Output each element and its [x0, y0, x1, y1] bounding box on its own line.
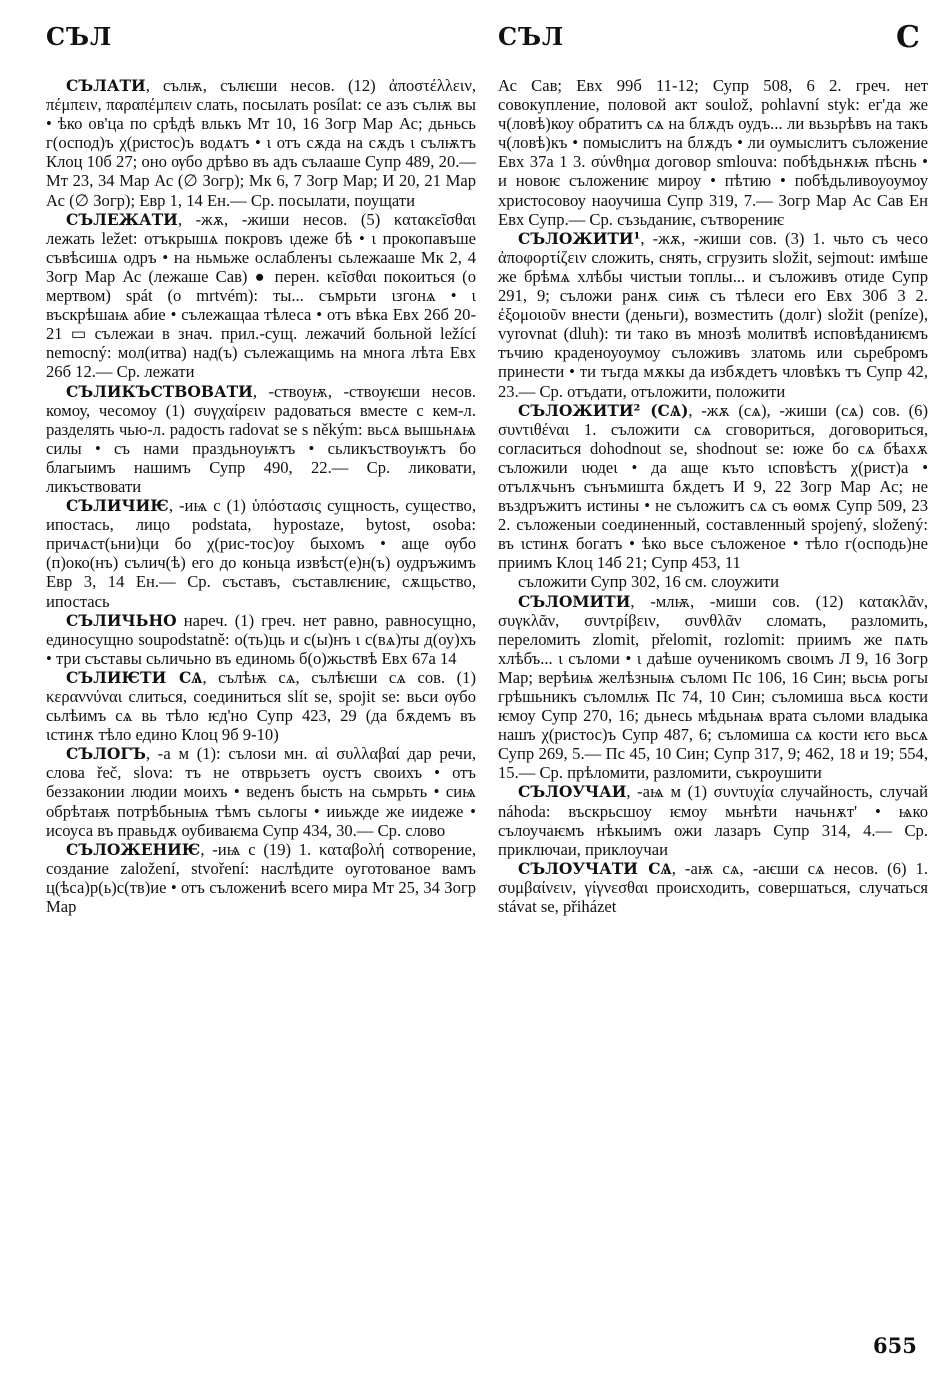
entry-headword: СЪЛОУЧАИ [518, 782, 626, 801]
left-column: СЪЛАТИ, сълѭ, сълѥши несов. (12) ἀποστέλ… [46, 76, 476, 916]
entry-headword: СЪЛЕЖАТИ [66, 210, 178, 229]
dictionary-entry: СЪЛОГЪ, -а м (1): сълоѕи мн. αἱ συλλαβαί… [46, 744, 476, 839]
entry-headword: СЪЛОЖЕНИѤ [66, 840, 200, 859]
right-column: Ас Сав; Евх 99б 11-12; Супр 508, 6 2. гр… [498, 76, 928, 916]
entry-body: , -млѭ, -миши сов. (12) κατακλᾶν, συγκλᾶ… [498, 592, 928, 783]
dictionary-entry: СЪЛЕЖАТИ, -жѫ, -жиши несов. (5) κατακεῖσ… [46, 210, 476, 382]
dictionary-entry: СЪЛОМИТИ, -млѭ, -миши сов. (12) κατακλᾶν… [498, 592, 928, 783]
entry-headword: СЪЛИКЪСТВОВАТИ [66, 382, 253, 401]
dictionary-entry: СЪЛИѤТИ СѦ, сълѣѭ сѧ, сълѣѥши сѧ сов. (1… [46, 668, 476, 744]
dictionary-entry-continuation: Ас Сав; Евх 99б 11-12; Супр 508, 6 2. гр… [498, 76, 928, 229]
dictionary-entry: СЪЛИЧИѤ, -иѩ с (1) ὑπόστασις сущность, с… [46, 496, 476, 611]
entry-headword: СЪЛОУЧАТИ СѦ [518, 859, 672, 878]
entry-headword: СЪЛИѤТИ СѦ [66, 668, 203, 687]
entry-body: Ас Сав; Евх 99б 11-12; Супр 508, 6 2. гр… [498, 76, 928, 229]
running-header: СЪЛ СЪЛ С [0, 22, 950, 62]
entry-body: , -жѫ, -жиши сов. (3) 1. чьто съ чесо ἀπ… [498, 229, 928, 401]
section-letter: С [896, 20, 920, 55]
entry-headword: СЪЛОЖИТИ¹ [518, 229, 640, 248]
entry-headword: СЪЛОЖИТИ² (СѦ) [518, 401, 688, 420]
dictionary-entry: СЪЛОУЧАТИ СѦ, -аѭ сѧ, -аѥши сѧ несов. (6… [498, 859, 928, 916]
left-guide-word: СЪЛ [46, 22, 112, 51]
entry-body: , сълѭ, сълѥши несов. (12) ἀποστέλλειν, … [46, 76, 476, 210]
dictionary-entry: СЪЛИКЪСТВОВАТИ, -ствоуѭ, -ствоуѥши несов… [46, 382, 476, 497]
entry-body: , -жѫ, -жиши несов. (5) κατακεῖσθαι лежа… [46, 210, 476, 382]
page-number: 655 [873, 1333, 917, 1358]
entry-headword: СЪЛАТИ [66, 76, 146, 95]
center-guide-word: СЪЛ [498, 22, 564, 51]
entry-headword: СЪЛОМИТИ [518, 592, 630, 611]
dictionary-entry: СЪЛАТИ, сълѭ, сълѥши несов. (12) ἀποστέλ… [46, 76, 476, 210]
dictionary-entry: СЪЛОЖИТИ² (СѦ), -жѫ (сѧ), -жиши (сѧ) сов… [498, 401, 928, 573]
dictionary-cross-reference: съложити Супр 302, 16 см. слоужити [498, 572, 928, 591]
dictionary-entry: СЪЛОЖИТИ¹, -жѫ, -жиши сов. (3) 1. чьто с… [498, 229, 928, 401]
entry-headword: СЪЛИЧИѤ [66, 496, 169, 515]
dictionary-entry: СЪЛОУЧАИ, -аѩ м (1) συντυχία случайность… [498, 782, 928, 858]
entry-headword: СЪЛОГЪ [66, 744, 146, 763]
dictionary-entry: СЪЛИЧЬНО нареч. (1) греч. нет равно, рав… [46, 611, 476, 668]
entry-body: съложити Супр 302, 16 см. слоужити [518, 572, 779, 591]
entry-body: , -жѫ (сѧ), -жиши (сѧ) сов. (6) συντιθέν… [498, 401, 928, 573]
entry-headword: СЪЛИЧЬНО [66, 611, 177, 630]
dictionary-entry: СЪЛОЖЕНИѤ, -иѩ с (19) 1. καταβολή сотвор… [46, 840, 476, 916]
